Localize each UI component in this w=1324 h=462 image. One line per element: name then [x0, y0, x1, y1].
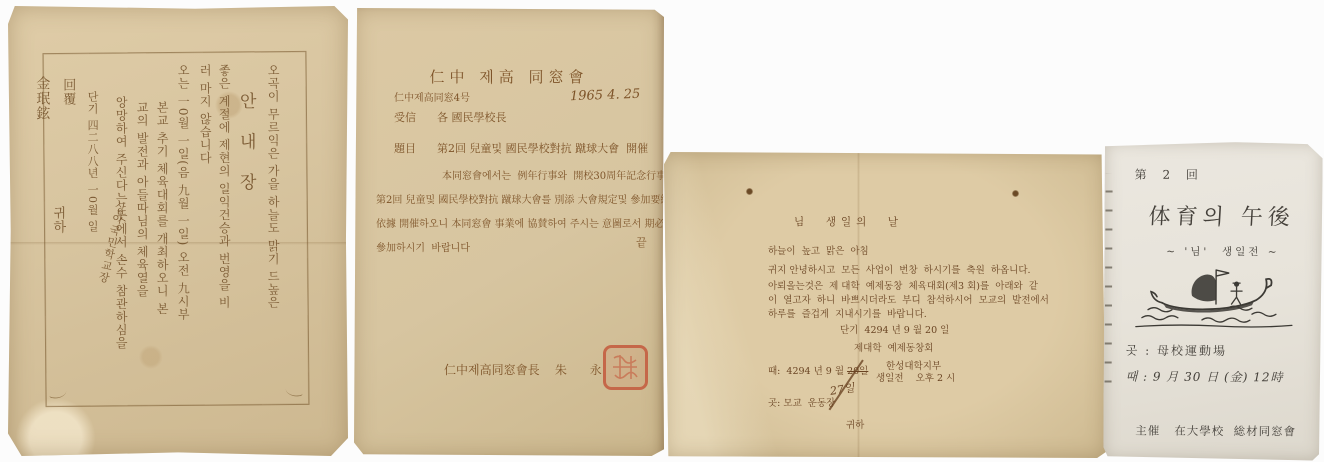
body-line-2: 귀지 안녕하시고 모든 사업이 번창 하시기를 축원 하옵니다.	[768, 265, 1031, 277]
sailboat-sketch-icon	[1132, 262, 1296, 335]
body-line-4: 參加하시기 바랍니다	[376, 243, 470, 256]
letter-body-column-3: 러 마지 않습니다	[198, 64, 211, 204]
cover-subtitle: ~ '님' 생일전 ~	[1166, 246, 1279, 260]
notice-header: 仁中 제高 同窓會	[354, 68, 664, 87]
body-line-3: 아뢰올는것은 제 대학 예제동창 체육대회(제3 회)를 아래와 같	[768, 281, 1038, 293]
typewritten-birthday-letter: 님 생일의 날 하늘이 높고 맑은 아침 귀지 안녕하시고 모든 사업이 번창 …	[664, 152, 1106, 458]
round-number: 第 2 回	[1135, 168, 1204, 183]
letter-title: 님 생일의 날	[794, 216, 903, 229]
letter-date-column: 단기 四二八八년 一0월 일	[86, 91, 98, 256]
host-line: 主催 在大學校 総材同窓會	[1135, 424, 1296, 439]
punch-hole	[1012, 190, 1019, 197]
body-line-4: 이 열고자 하니 바쁘시더라도 부디 참석하시어 모교의 발전에서	[768, 295, 1049, 307]
body-line-5: 하루를 즐겁게 지내시기를 바랍니다.	[768, 309, 927, 321]
cover-title: 体育의 午後	[1148, 204, 1296, 232]
recipient-honorific: 귀하	[50, 206, 64, 266]
notice-date: 1965 4. 25	[570, 87, 641, 106]
recipient-honorific: 귀하	[846, 420, 864, 432]
body-line-1: 하늘이 높고 맑은 아침	[768, 246, 869, 258]
letter-body-column-5: 본교 추기 체육대회를 개최하오니 본	[155, 101, 168, 391]
reference-number: 仁中제高同窓4号	[394, 93, 470, 106]
letter-body-column-2: 좋은 계절에 제현의 일익건승과 번영을 비	[217, 64, 230, 386]
recipient-line: 受信 各 國民學校長	[394, 111, 506, 125]
letter-body-column-6: 교의 발전과 아들따님의 체육열을	[135, 101, 148, 391]
letter-body-column-4: 오는 一0월 一일(음 九월 一일) 오전 九시부	[176, 64, 189, 394]
photo-of-four-historic-documents: 오곡이 무르익은 가을 하늘도 맑기 드높은 안 내 장 좋은 계절에 제현의 …	[0, 0, 1324, 462]
body-line-3: 依據 開催하오니 本同窓會 事業에 協賛하여 주시는 意圖로서 期必	[376, 219, 665, 232]
typed-alumni-notice: 仁中 제高 同窓會 仁中제高同窓4号 1965 4. 25 受信 各 國民學校長…	[354, 8, 664, 456]
event-date-label: 때: 4294 년 9 월	[768, 366, 847, 377]
place-line: 곳 : 母校運動場	[1126, 344, 1227, 360]
body-end-mark: 끝	[636, 236, 647, 250]
handwritten-invitation-letter: 오곡이 무르익은 가을 하늘도 맑기 드높은 안 내 장 좋은 계절에 제현의 …	[8, 6, 348, 456]
letter-body-column-1: 오곡이 무르익은 가을 하늘도 맑기 드높은	[266, 64, 279, 386]
subject-line: 題目 第2回 兒童및 國民學校對抗 蹴球大會 開催	[394, 142, 648, 156]
organization-line: 제대학 예제동창회	[854, 343, 933, 355]
body-line-1: 本同窓會에서는 例年行事와 開校30周年記念行事로서	[442, 171, 685, 184]
dangi-date-line: 단기 4294 년 9 월 20 일	[840, 325, 949, 337]
recipient-name: 金珉鉉	[34, 76, 49, 191]
program-cover-sports-afternoon: 第 2 回 体育의 午後 ~ '님' 생일전 ~ 곳 : 母校運動場 때 : 9…	[1103, 141, 1323, 460]
branch-line: 한성대학지부	[886, 361, 941, 373]
time-line: 때 : 9 月 30 日 (金) 12時	[1126, 370, 1284, 386]
punch-hole	[746, 188, 753, 195]
event-place-line: 곳: 모교 운동장	[768, 398, 835, 410]
reply-annotation: 回覆	[60, 78, 74, 130]
signature-line: 仁中제高同窓會長 朱 永	[444, 363, 602, 378]
body-line-2: 第2回 兒童및 國民學校對抗 蹴球大會를 別添 大會規定및 參加要綱에	[376, 195, 680, 208]
binding-marks	[1105, 173, 1113, 383]
letter-title: 안 내 장	[236, 92, 255, 212]
red-seal-stamp	[602, 344, 649, 391]
event-time-note: 생일전 오후 2 시	[876, 373, 955, 385]
